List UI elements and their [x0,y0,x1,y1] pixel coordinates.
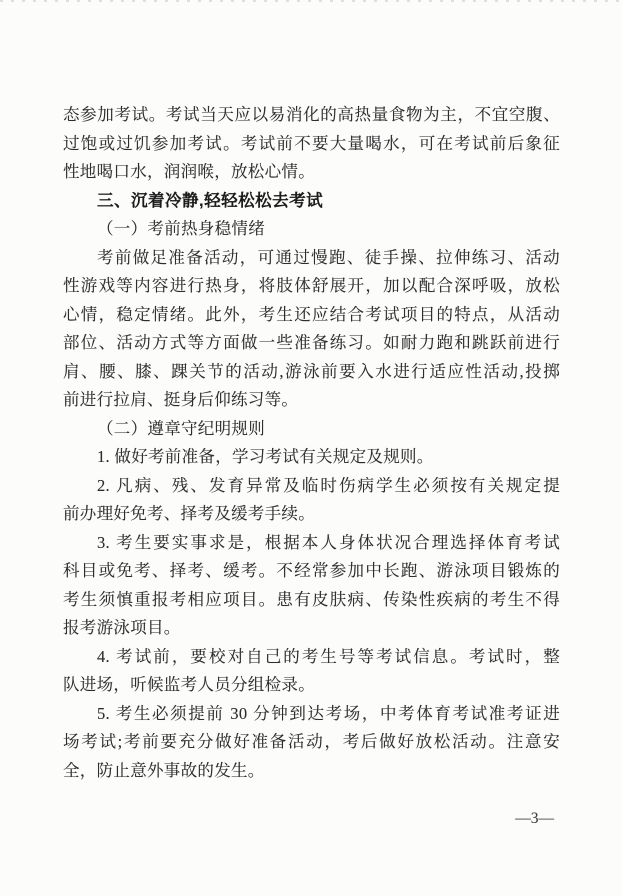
text-line: 考生须慎重报考相应项目。患有皮肤病、传染性疾病的考生不得 [63,586,560,615]
list-item-line: 5. 考生必须提前 30 分钟到达考场，中考体育考试准考证进 [63,700,560,729]
subsection-heading: （一）考前热身稳情绪 [63,215,560,244]
text-line: 场考试;考前要充分做好准备活动，考后做好放松活动。注意安 [63,728,560,757]
text-line: 心情，稳定情绪。此外，考生还应结合考试项目的特点，从活动 [63,301,560,330]
subsection-heading: （二）遵章守纪明规则 [63,415,560,444]
text-line: 肩、腰、膝、踝关节的活动,游泳前要入水进行适应性活动,投掷 [63,358,560,387]
scan-noise-strip [0,0,622,2]
page-number: —3— [63,806,554,832]
text-line: 性地喝口水，润润喉，放松心情。 [63,158,560,187]
list-item-line: 3. 考生要实事求是，根据本人身体状况合理选择体育考试 [63,529,560,558]
list-item-line: 2. 凡病、残、发育异常及临时伤病学生必须按有关规定提 [63,472,560,501]
text-line: 性游戏等内容进行热身，将肢体舒展开，加以配合深呼吸，放松 [63,272,560,301]
list-item-line: 4. 考试前，要校对自己的考生号等考试信息。考试时，整 [63,643,560,672]
text-line: 科目或免考、择考、缓考。不经常参加中长跑、游泳项目锻炼的 [63,557,560,586]
text-line: 队进场，听候监考人员分组检录。 [63,671,560,700]
text-line: 报考游泳项目。 [63,614,560,643]
text-line: 过饱或过饥参加考试。考试前不要大量喝水，可在考试前后象征 [63,130,560,159]
text-line: 前进行拉肩、挺身后仰练习等。 [63,386,560,415]
text-line: 态参加考试。考试当天应以易消化的高热量食物为主，不宜空腹、 [63,101,560,130]
section-heading: 三、沉着冷静,轻轻松松去考试 [63,187,560,216]
text-line: 部位、活动方式等方面做一些准备练习。如耐力跑和跳跃前进行 [63,329,560,358]
document-page: 态参加考试。考试当天应以易消化的高热量食物为主，不宜空腹、 过饱或过饥参加考试。… [0,0,622,896]
list-item-line: 1. 做好考前准备，学习考试有关规定及规则。 [63,443,560,472]
text-line: 全，防止意外事故的发生。 [63,757,560,786]
text-line: 前办理好免考、择考及缓考手续。 [63,500,560,529]
document-body: 态参加考试。考试当天应以易消化的高热量食物为主，不宜空腹、 过饱或过饥参加考试。… [63,101,560,785]
text-line: 考前做足准备活动，可通过慢跑、徒手操、拉伸练习、活动 [63,244,560,273]
